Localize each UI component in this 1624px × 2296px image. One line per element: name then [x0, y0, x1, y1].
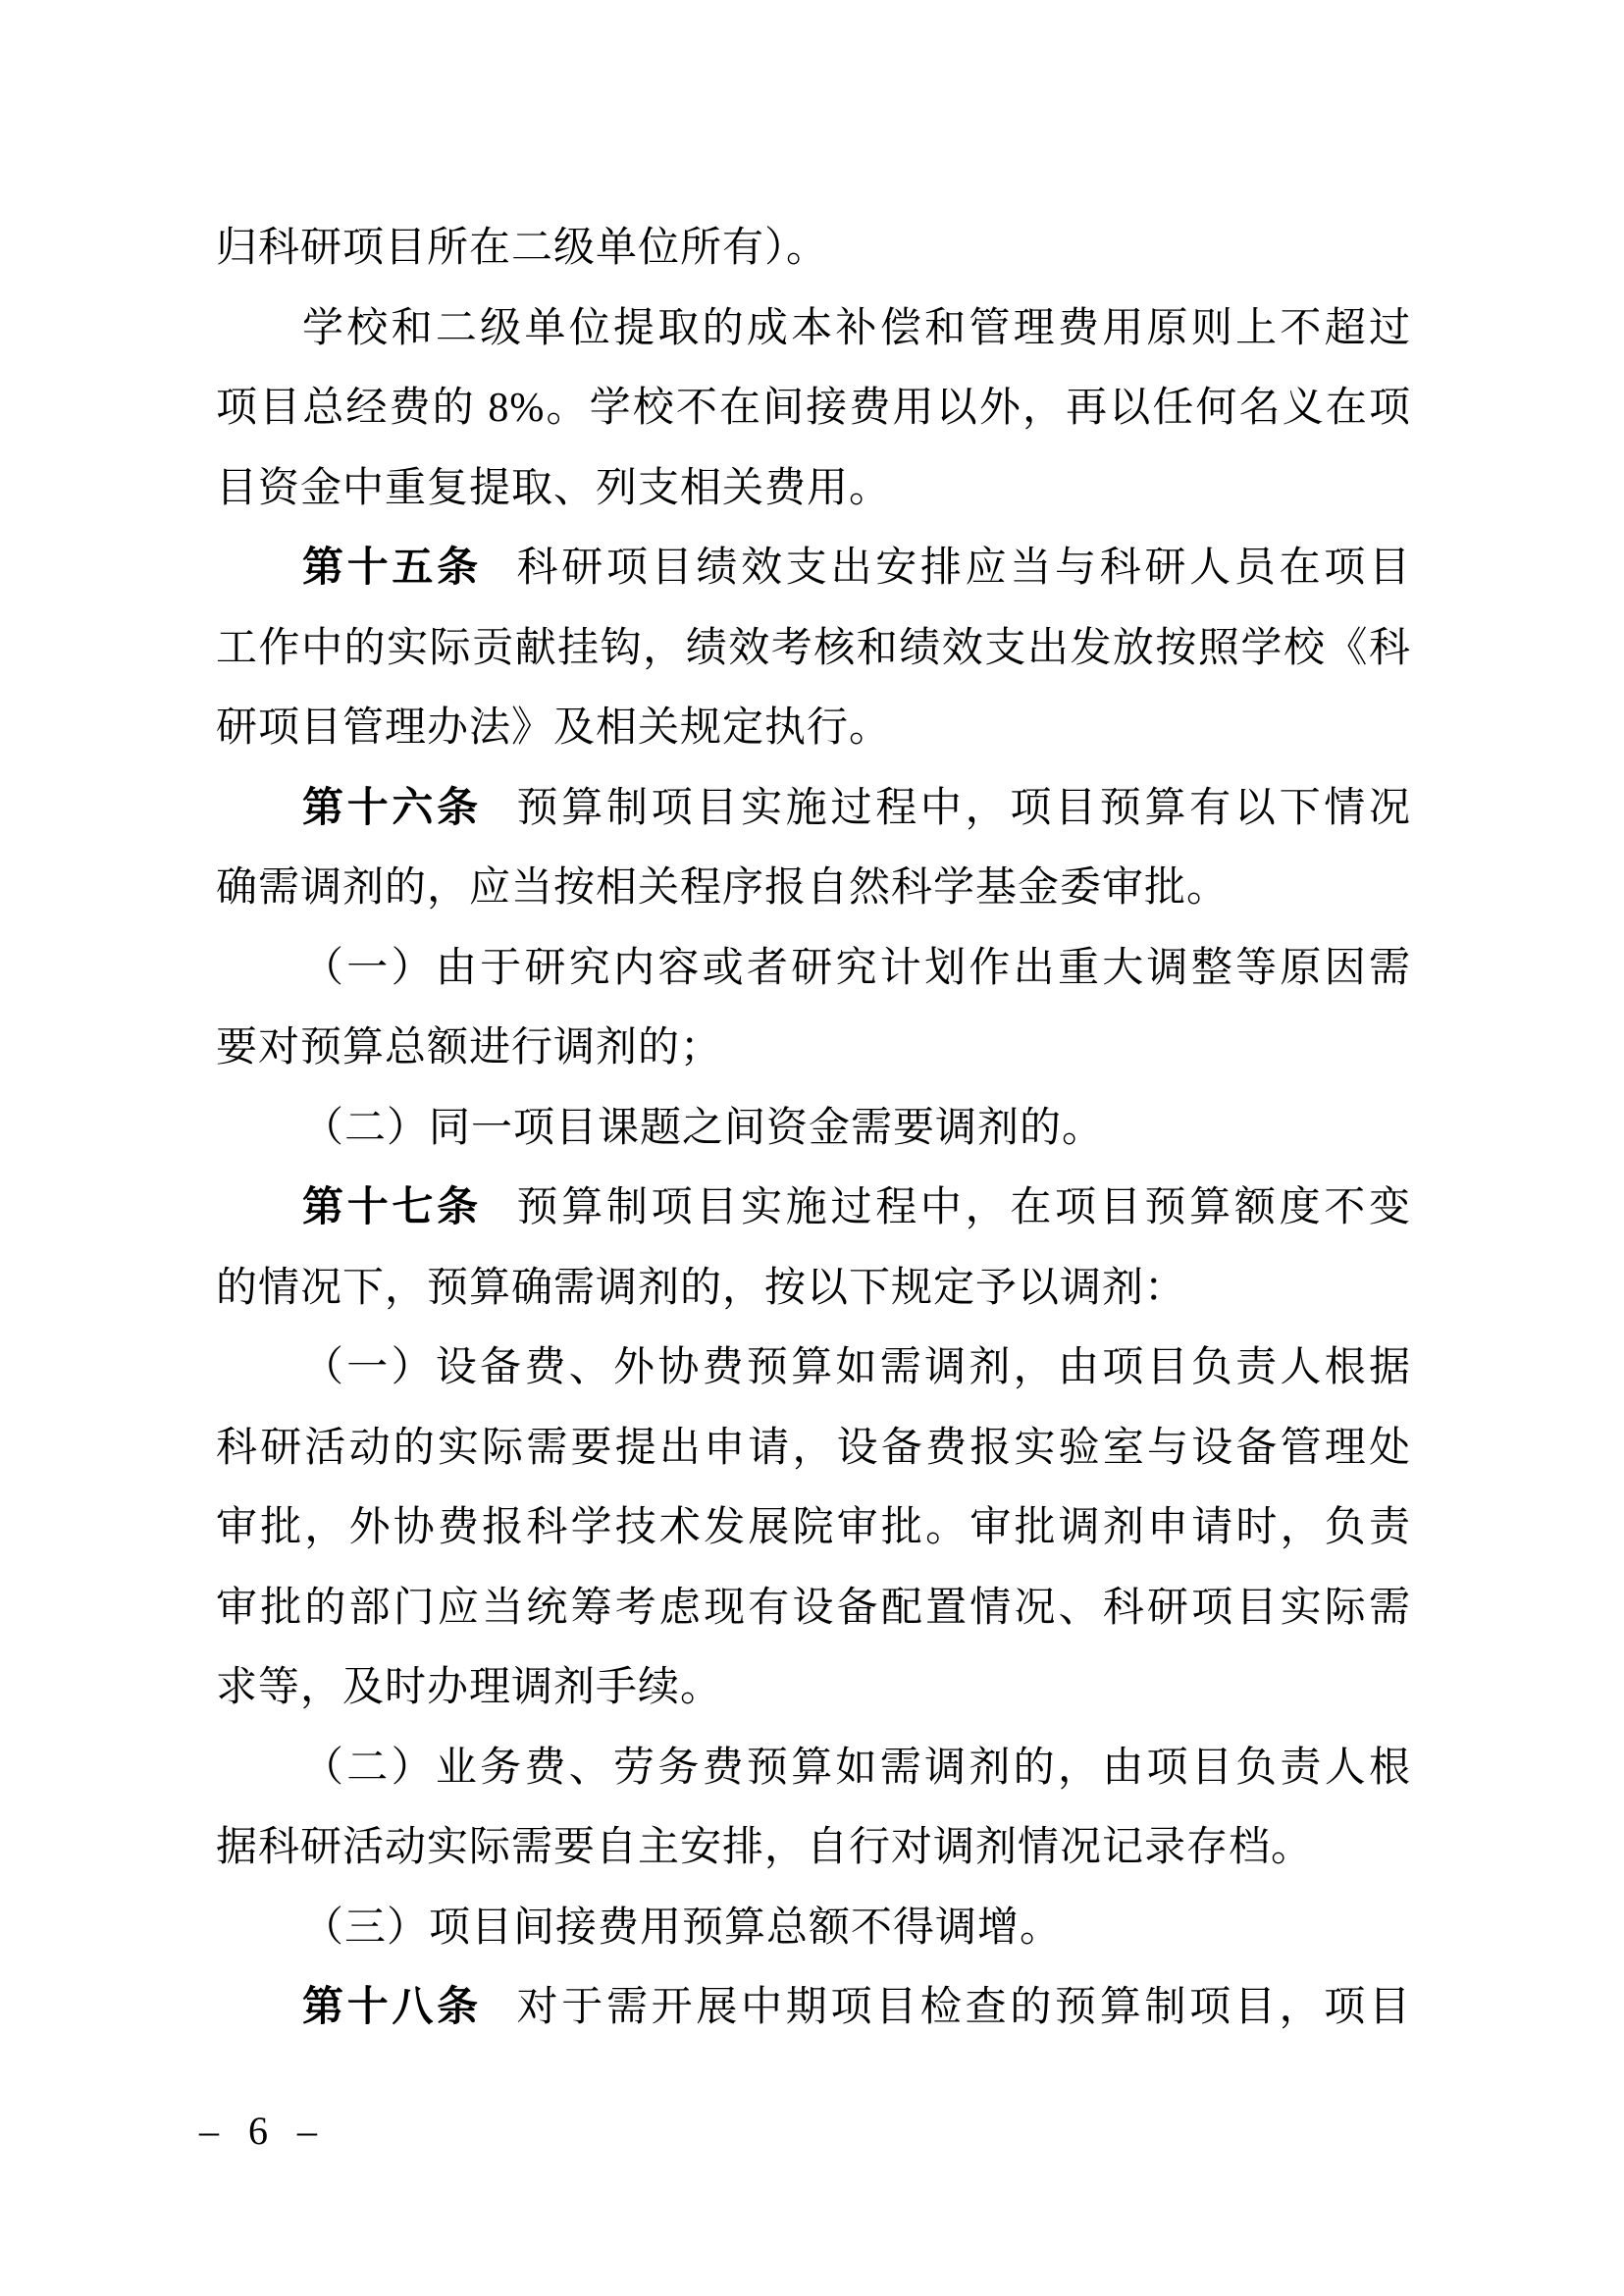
- text-line: 要对预算总额进行调剂的；: [216, 1009, 1411, 1089]
- text-line: 目资金中重复提取、列支相关费用。: [216, 449, 1411, 530]
- line-text: 科研项目绩效支出安排应当与科研人员在项目: [517, 546, 1411, 591]
- line-text: 归科研项目所在二级单位所有）。: [216, 226, 828, 271]
- text-line: 项目总经费的 8%。学校不在间接费用以外，再以任何名义在项: [216, 369, 1411, 449]
- text-line: 工作中的实际贡献挂钩，绩效考核和绩效支出发放按照学校《科: [216, 609, 1411, 690]
- text-line: （一）由于研究内容或者研究计划作出重大调整等原因需: [216, 929, 1411, 1010]
- line-text: 对于需开展中期项目检查的预算制项目，项目: [517, 1985, 1411, 2030]
- page-number: – 6 –: [199, 2108, 327, 2154]
- line-text: 据科研活动实际需要自主安排，自行对调剂情况记录存档。: [216, 1825, 1313, 1870]
- line-text: 要对预算总额进行调剂的；: [216, 1025, 722, 1070]
- line-text: 学校和二级单位提取的成本补偿和管理费用原则上不超过: [302, 306, 1411, 351]
- text-line: 审批，外协费报科学技术发展院审批。审批调剂申请时，负责: [216, 1488, 1411, 1569]
- line-text: 确需调剂的，应当按相关程序报自然科学基金委审批。: [216, 865, 1229, 911]
- line-text: 项目总经费的 8%。学校不在间接费用以外，再以任何名义在项: [216, 386, 1411, 431]
- text-line: 审批的部门应当统筹考虑现有设备配置情况、科研项目实际需: [216, 1569, 1411, 1649]
- text-line: 求等，及时办理调剂手续。: [216, 1648, 1411, 1729]
- line-text: （二）业务费、劳务费预算如需调剂的，由项目负责人根: [302, 1746, 1411, 1791]
- text-line: 归科研项目所在二级单位所有）。: [216, 209, 1411, 289]
- document-body: 归科研项目所在二级单位所有）。 学校和二级单位提取的成本补偿和管理费用原则上不超…: [216, 209, 1411, 2049]
- text-line: 科研活动的实际需要提出申请，设备费报实验室与设备管理处: [216, 1409, 1411, 1489]
- text-line: 第十七条预算制项目实施过程中，在项目预算额度不变: [216, 1169, 1411, 1249]
- line-text: 科研活动的实际需要提出申请，设备费报实验室与设备管理处: [216, 1426, 1411, 1471]
- line-text: 研项目管理办法》及相关规定执行。: [216, 705, 891, 751]
- line-text: （三）项目间接费用预算总额不得调增。: [302, 1905, 1062, 1951]
- line-text: 审批，外协费报科学技术发展院审批。审批调剂申请时，负责: [216, 1505, 1411, 1550]
- line-text: （一）由于研究内容或者研究计划作出重大调整等原因需: [302, 946, 1411, 991]
- text-line: 据科研活动实际需要自主安排，自行对调剂情况记录存档。: [216, 1808, 1411, 1889]
- line-text: 预算制项目实施过程中，在项目预算额度不变: [517, 1185, 1411, 1230]
- text-line: 第十六条预算制项目实施过程中，项目预算有以下情况: [216, 769, 1411, 850]
- article-heading: 第十七条: [302, 1185, 482, 1230]
- line-text: 求等，及时办理调剂手续。: [216, 1665, 722, 1710]
- article-heading: 第十八条: [302, 1985, 482, 2030]
- text-line: 第十五条科研项目绩效支出安排应当与科研人员在项目: [216, 529, 1411, 609]
- line-text: 目资金中重复提取、列支相关费用。: [216, 466, 891, 511]
- line-text: （二）同一项目课题之间资金需要调剂的。: [302, 1106, 1104, 1151]
- article-heading: 第十五条: [302, 546, 482, 591]
- text-line: 学校和二级单位提取的成本补偿和管理费用原则上不超过: [216, 289, 1411, 370]
- document-page: 归科研项目所在二级单位所有）。 学校和二级单位提取的成本补偿和管理费用原则上不超…: [0, 0, 1624, 2296]
- line-text: 审批的部门应当统筹考虑现有设备配置情况、科研项目实际需: [216, 1586, 1411, 1631]
- text-line: 的情况下，预算确需调剂的，按以下规定予以调剂：: [216, 1249, 1411, 1330]
- line-text: 工作中的实际贡献挂钩，绩效考核和绩效支出发放按照学校《科: [216, 626, 1411, 671]
- text-line: （三）项目间接费用预算总额不得调增。: [216, 1889, 1411, 1969]
- line-text: 预算制项目实施过程中，项目预算有以下情况: [517, 786, 1411, 831]
- line-text: 的情况下，预算确需调剂的，按以下规定予以调剂：: [216, 1266, 1186, 1311]
- article-heading: 第十六条: [302, 786, 482, 831]
- text-line: （一）设备费、外协费预算如需调剂，由项目负责人根据: [216, 1329, 1411, 1409]
- text-line: 第十八条对于需开展中期项目检查的预算制项目，项目: [216, 1968, 1411, 2049]
- text-line: 确需调剂的，应当按相关程序报自然科学基金委审批。: [216, 849, 1411, 929]
- line-text: （一）设备费、外协费预算如需调剂，由项目负责人根据: [302, 1345, 1411, 1390]
- text-line: 研项目管理办法》及相关规定执行。: [216, 689, 1411, 769]
- text-line: （二）同一项目课题之间资金需要调剂的。: [216, 1089, 1411, 1170]
- text-line: （二）业务费、劳务费预算如需调剂的，由项目负责人根: [216, 1729, 1411, 1809]
